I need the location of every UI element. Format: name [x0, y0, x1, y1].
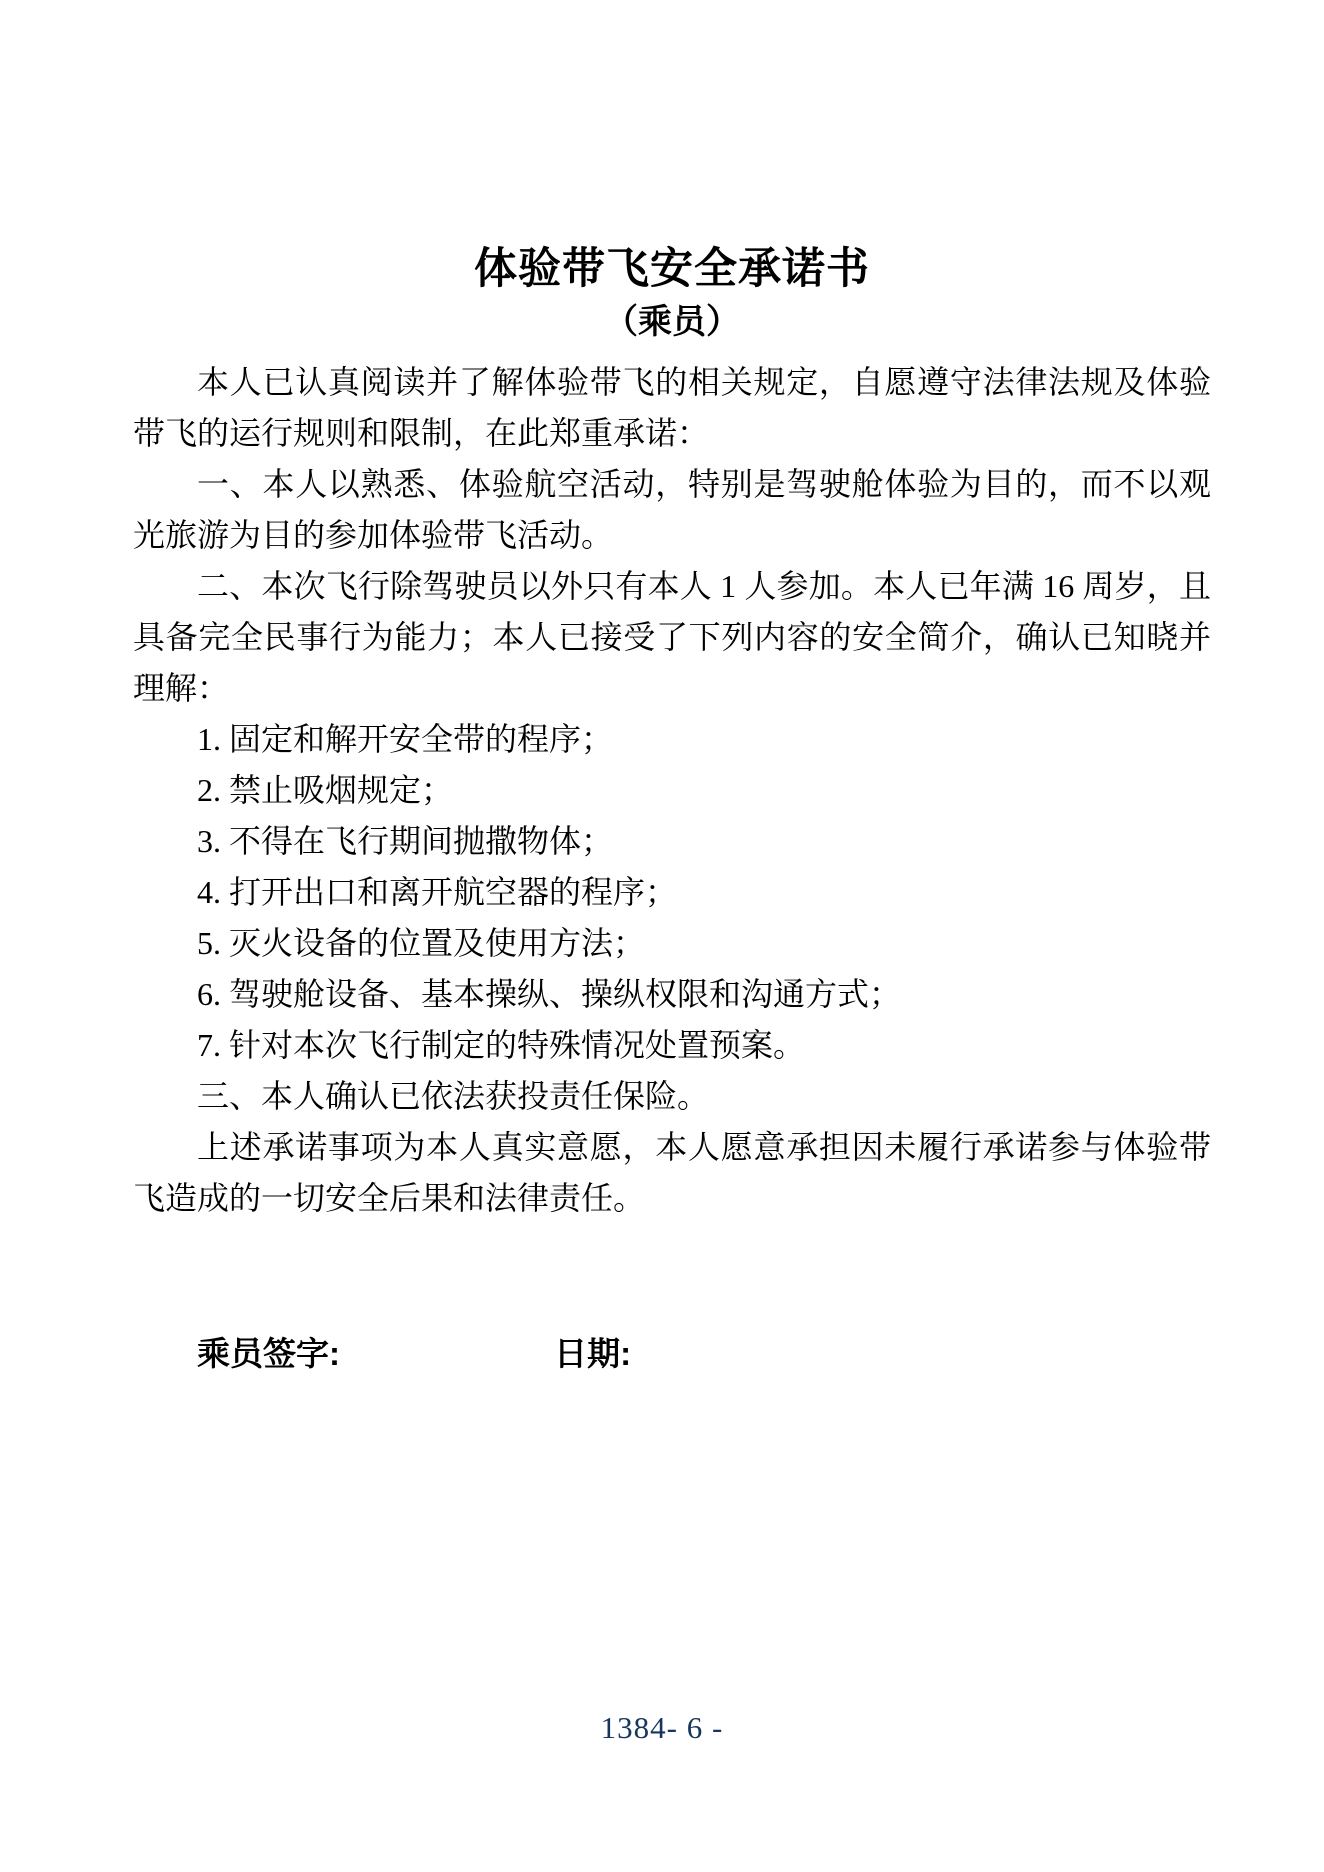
document-body: 本人已认真阅读并了解体验带飞的相关规定，自愿遵守法律法规及体验带飞的运行规则和限… [133, 357, 1211, 1224]
briefing-item-7: 7. 针对本次飞行制定的特殊情况处置预案。 [133, 1020, 1211, 1071]
document-content: 体验带飞安全承诺书 （乘员） 本人已认真阅读并了解体验带飞的相关规定，自愿遵守法… [133, 243, 1211, 1224]
paragraph-intro: 本人已认真阅读并了解体验带飞的相关规定，自愿遵守法律法规及体验带飞的运行规则和限… [133, 357, 1211, 459]
page-title: 体验带飞安全承诺书 [133, 243, 1211, 297]
briefing-item-1: 1. 固定和解开安全带的程序； [133, 714, 1211, 765]
briefing-item-3: 3. 不得在飞行期间抛撒物体； [133, 816, 1211, 867]
date-label: 日期: [554, 1332, 631, 1376]
briefing-item-5: 5. 灭火设备的位置及使用方法； [133, 918, 1211, 969]
briefing-item-4: 4. 打开出口和离开航空器的程序； [133, 867, 1211, 918]
signature-row: 乘员签字: 日期: [133, 1332, 1211, 1376]
paragraph-clause-3: 三、本人确认已依法获投责任保险。 [133, 1071, 1211, 1122]
page-subtitle: （乘员） [133, 297, 1211, 349]
passenger-signature-label: 乘员签字: [197, 1332, 340, 1376]
briefing-item-2: 2. 禁止吸烟规定； [133, 765, 1211, 816]
paragraph-closing: 上述承诺事项为本人真实意愿，本人愿意承担因未履行承诺参与体验带飞造成的一切安全后… [133, 1122, 1211, 1224]
briefing-item-6: 6. 驾驶舱设备、基本操纵、操纵权限和沟通方式； [133, 969, 1211, 1020]
document-page: 体验带飞安全承诺书 （乘员） 本人已认真阅读并了解体验带飞的相关规定，自愿遵守法… [0, 0, 1324, 1872]
page-number: 1384- 6 - [0, 1706, 1324, 1750]
paragraph-clause-2: 二、本次飞行除驾驶员以外只有本人 1 人参加。本人已年满 16 周岁，且具备完全… [133, 561, 1211, 714]
paragraph-clause-1: 一、本人以熟悉、体验航空活动，特别是驾驶舱体验为目的，而不以观光旅游为目的参加体… [133, 459, 1211, 561]
